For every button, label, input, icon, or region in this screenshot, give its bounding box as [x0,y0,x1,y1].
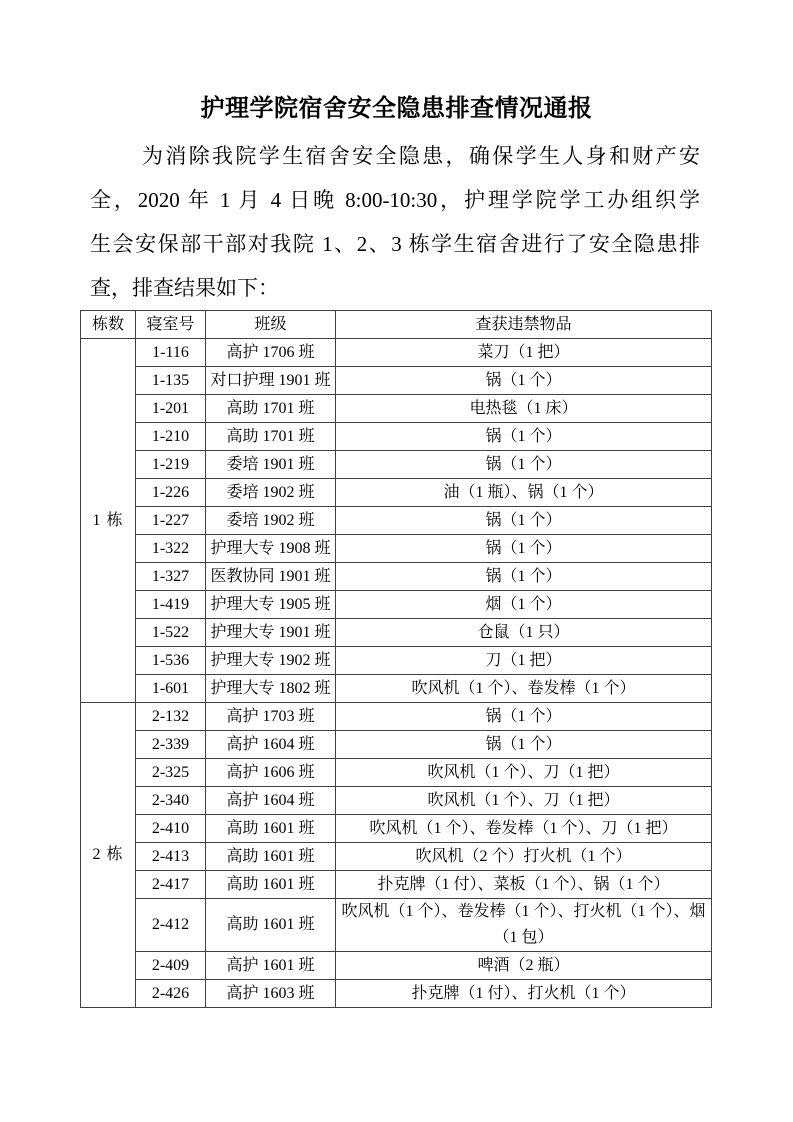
col-header-building: 栋数 [81,311,136,339]
table-row: 2-417 高助 1601 班 扑克牌（1 付）、菜板（1 个）、锅（1 个） [81,871,712,899]
room-cell: 1-116 [136,339,206,367]
items-cell: 刀（1 把） [336,647,712,675]
document-page: 护理学院宿舍安全隐患排查情况通报 为消除我院学生宿舍安全隐患，确保学生人身和财产… [0,0,793,1122]
class-cell: 高助 1601 班 [206,899,336,952]
room-cell: 1-201 [136,395,206,423]
items-cell: 吹风机（2 个）打火机（1 个） [336,843,712,871]
items-cell: 啤酒（2 瓶） [336,952,712,980]
table-row: 2-412 高助 1601 班 吹风机（1 个）、卷发棒（1 个）、打火机（1 … [81,899,712,952]
building-cell: 1 栋 [81,339,136,703]
room-cell: 1-227 [136,507,206,535]
room-cell: 1-327 [136,563,206,591]
class-cell: 护理大专 1902 班 [206,647,336,675]
col-header-items: 查获违禁物品 [336,311,712,339]
table-row: 1-210 高助 1701 班 锅（1 个） [81,423,712,451]
class-cell: 护理大专 1901 班 [206,619,336,647]
class-cell: 护理大专 1905 班 [206,591,336,619]
inspection-table: 栋数 寝室号 班级 查获违禁物品 1 栋 1-116 高护 1706 班 菜刀（… [80,310,712,1008]
items-cell: 吹风机（1 个）、卷发棒（1 个）、打火机（1 个）、烟（1 包） [336,899,712,952]
room-cell: 1-536 [136,647,206,675]
paragraph-line-2: 全，2020 年 1 月 4 日晚 8:00-10:30，护理学院学工办组织学 [90,178,700,222]
paragraph-line-3: 生会安保部干部对我院 1、2、3 栋学生宿舍进行了安全隐患排 [90,222,700,266]
room-cell: 2-132 [136,703,206,731]
items-cell: 锅（1 个） [336,367,712,395]
class-cell: 护理大专 1908 班 [206,535,336,563]
class-cell: 医教协同 1901 班 [206,563,336,591]
building-cell: 2 栋 [81,703,136,1008]
table-row: 1 栋 1-116 高护 1706 班 菜刀（1 把） [81,339,712,367]
class-cell: 对口护理 1901 班 [206,367,336,395]
class-cell: 高助 1601 班 [206,815,336,843]
items-cell: 吹风机（1 个）、刀（1 把） [336,759,712,787]
room-cell: 2-339 [136,731,206,759]
class-cell: 委培 1901 班 [206,451,336,479]
class-cell: 高护 1706 班 [206,339,336,367]
document-title: 护理学院宿舍安全隐患排查情况通报 [0,92,793,126]
table-row: 2-413 高助 1601 班 吹风机（2 个）打火机（1 个） [81,843,712,871]
class-cell: 高助 1601 班 [206,871,336,899]
table-row: 1-522 护理大专 1901 班 仓鼠（1 只） [81,619,712,647]
table-row: 2-409 高护 1601 班 啤酒（2 瓶） [81,952,712,980]
class-cell: 高护 1604 班 [206,731,336,759]
class-cell: 高护 1703 班 [206,703,336,731]
items-cell: 锅（1 个） [336,703,712,731]
table-row: 1-327 医教协同 1901 班 锅（1 个） [81,563,712,591]
room-cell: 2-426 [136,980,206,1008]
room-cell: 2-417 [136,871,206,899]
class-cell: 高护 1604 班 [206,787,336,815]
room-cell: 2-340 [136,787,206,815]
room-cell: 1-601 [136,675,206,703]
room-cell: 1-419 [136,591,206,619]
table-row: 1-226 委培 1902 班 油（1 瓶）、锅（1 个） [81,479,712,507]
room-cell: 2-325 [136,759,206,787]
items-cell: 烟（1 个） [336,591,712,619]
class-cell: 高护 1606 班 [206,759,336,787]
room-cell: 1-219 [136,451,206,479]
table-row: 1-601 护理大专 1802 班 吹风机（1 个）、卷发棒（1 个） [81,675,712,703]
table-row: 2-426 高护 1603 班 扑克牌（1 付）、打火机（1 个） [81,980,712,1008]
col-header-room: 寝室号 [136,311,206,339]
class-cell: 委培 1902 班 [206,479,336,507]
room-cell: 2-410 [136,815,206,843]
items-cell: 菜刀（1 把） [336,339,712,367]
table-row: 1-227 委培 1902 班 锅（1 个） [81,507,712,535]
items-cell: 吹风机（1 个）、卷发棒（1 个） [336,675,712,703]
class-cell: 高护 1603 班 [206,980,336,1008]
class-cell: 高护 1601 班 [206,952,336,980]
room-cell: 2-409 [136,952,206,980]
items-cell: 扑克牌（1 付）、菜板（1 个）、锅（1 个） [336,871,712,899]
class-cell: 护理大专 1802 班 [206,675,336,703]
room-cell: 1-226 [136,479,206,507]
table-row: 2-410 高助 1601 班 吹风机（1 个）、卷发棒（1 个）、刀（1 把） [81,815,712,843]
table-row: 2 栋 2-132 高护 1703 班 锅（1 个） [81,703,712,731]
items-cell: 吹风机（1 个）、卷发棒（1 个）、刀（1 把） [336,815,712,843]
items-cell: 锅（1 个） [336,563,712,591]
items-cell: 锅（1 个） [336,423,712,451]
items-cell: 锅（1 个） [336,535,712,563]
paragraph-line-4: 查，排查结果如下： [90,266,700,310]
class-cell: 高助 1701 班 [206,423,336,451]
table-row: 2-340 高护 1604 班 吹风机（1 个）、刀（1 把） [81,787,712,815]
intro-paragraph: 为消除我院学生宿舍安全隐患，确保学生人身和财产安 全，2020 年 1 月 4 … [90,134,700,310]
paragraph-line-1: 为消除我院学生宿舍安全隐患，确保学生人身和财产安 [90,134,700,178]
table-row: 2-339 高护 1604 班 锅（1 个） [81,731,712,759]
room-cell: 1-210 [136,423,206,451]
table-row: 1-322 护理大专 1908 班 锅（1 个） [81,535,712,563]
table-row: 1-536 护理大专 1902 班 刀（1 把） [81,647,712,675]
table-row: 1-219 委培 1901 班 锅（1 个） [81,451,712,479]
table-row: 1-135 对口护理 1901 班 锅（1 个） [81,367,712,395]
table-row: 1-201 高助 1701 班 电热毯（1 床） [81,395,712,423]
items-cell: 吹风机（1 个）、刀（1 把） [336,787,712,815]
items-cell: 锅（1 个） [336,451,712,479]
col-header-class: 班级 [206,311,336,339]
items-cell: 锅（1 个） [336,731,712,759]
items-cell: 仓鼠（1 只） [336,619,712,647]
table-row: 2-325 高护 1606 班 吹风机（1 个）、刀（1 把） [81,759,712,787]
items-cell: 锅（1 个） [336,507,712,535]
items-cell: 油（1 瓶）、锅（1 个） [336,479,712,507]
room-cell: 1-322 [136,535,206,563]
class-cell: 委培 1902 班 [206,507,336,535]
table-row: 1-419 护理大专 1905 班 烟（1 个） [81,591,712,619]
class-cell: 高助 1701 班 [206,395,336,423]
header-row: 栋数 寝室号 班级 查获违禁物品 [81,311,712,339]
room-cell: 1-135 [136,367,206,395]
room-cell: 2-412 [136,899,206,952]
room-cell: 1-522 [136,619,206,647]
class-cell: 高助 1601 班 [206,843,336,871]
items-cell: 扑克牌（1 付）、打火机（1 个） [336,980,712,1008]
room-cell: 2-413 [136,843,206,871]
items-cell: 电热毯（1 床） [336,395,712,423]
